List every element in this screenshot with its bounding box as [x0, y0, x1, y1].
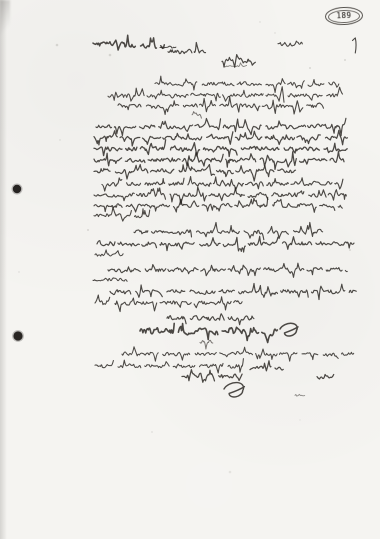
handwriting-postscript-line1	[122, 347, 354, 361]
handwriting-signature-tail	[200, 340, 213, 349]
handwriting-closing-flourish	[224, 383, 244, 397]
handwriting-para3-line2	[94, 187, 346, 205]
handwriting-para1-line3	[118, 97, 324, 115]
handwriting-stray-dash	[295, 394, 305, 396]
paper-speck	[151, 431, 153, 433]
handwriting-para2-line4	[94, 151, 344, 169]
paper-speck	[344, 59, 346, 61]
handwriting-caret-mark	[192, 112, 201, 119]
handwriting-postscript-line2	[95, 359, 243, 373]
handwriting-para4-line3	[95, 250, 123, 256]
paper-speck	[259, 21, 260, 22]
paper-speck	[229, 471, 232, 474]
paper-speck	[56, 44, 59, 47]
punch-hole	[13, 331, 22, 340]
handwriting-para4-line1	[134, 223, 323, 240]
stamp-number: 189	[336, 12, 351, 20]
handwriting-layer	[0, 0, 380, 539]
handwriting-para3-line4	[94, 207, 150, 221]
paper-speck	[309, 67, 311, 69]
paper-speck	[349, 249, 351, 251]
handwriting-salutation	[222, 55, 255, 68]
handwriting-header-heading	[93, 35, 164, 50]
handwriting-para1-line2	[108, 87, 343, 103]
paper-speck	[274, 32, 275, 33]
handwriting-para3-line1	[102, 177, 343, 191]
handwriting-margin-stroke	[353, 38, 357, 53]
paper-speck	[329, 159, 332, 162]
punch-hole	[13, 185, 21, 193]
handwriting-para1-line1	[155, 76, 339, 92]
handwriting-header-word	[168, 43, 206, 54]
handwriting-secretary-line	[182, 370, 242, 383]
handwriting-para4-line2	[97, 236, 354, 252]
handwriting-para6-line2	[95, 295, 242, 312]
handwriting-header-number	[278, 41, 302, 46]
paper-speck	[299, 419, 300, 420]
handwriting-para2-line1	[96, 118, 346, 135]
scanned-letter-page: 189	[0, 0, 380, 539]
handwriting-margin-initial	[317, 375, 334, 380]
handwriting-para2-line5	[94, 163, 296, 181]
paper-speck	[18, 271, 19, 272]
handwriting-para5-line2	[93, 278, 127, 281]
handwriting-date-line	[167, 314, 254, 325]
paper-speck	[109, 54, 112, 57]
handwriting-signature-flourish	[280, 323, 298, 336]
handwriting-para5-line1	[108, 263, 347, 277]
handwriting-signature	[140, 323, 277, 342]
handwriting-postscript-initials	[250, 361, 283, 371]
stamp-inner-ring: 189	[328, 9, 360, 23]
handwriting-para2-line2	[94, 130, 347, 146]
handwriting-para6-line1	[110, 284, 356, 300]
paper-speck	[87, 229, 89, 231]
paper-speck	[59, 139, 60, 140]
